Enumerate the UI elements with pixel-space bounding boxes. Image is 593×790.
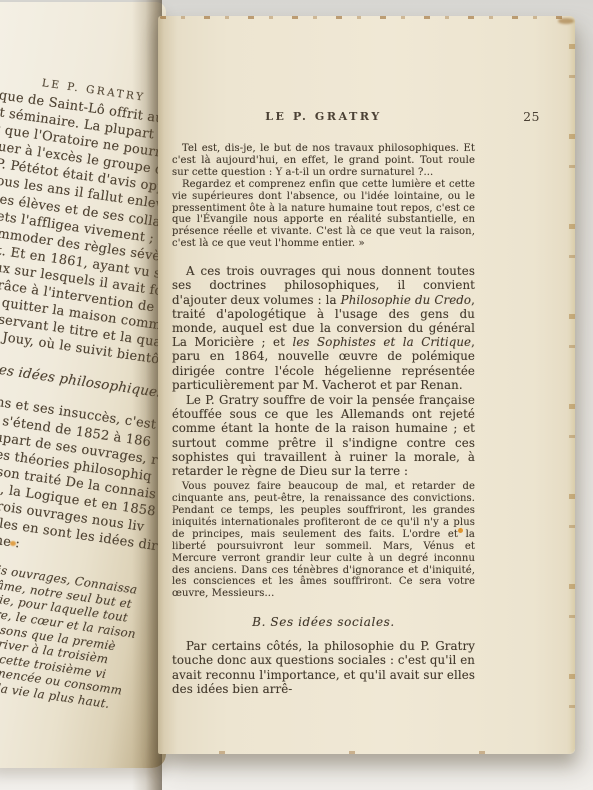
paragraph: Tel est, dis-je, le but de nos travaux p… — [172, 143, 475, 179]
page-number: 25 — [523, 109, 540, 124]
text-run: Regardez et comprenez enfin que cette lu… — [172, 179, 475, 250]
running-header-title: LE P. GRATRY — [172, 110, 475, 123]
deckle-edge-bottom — [164, 751, 564, 754]
paragraph: Vous pouvez faire beaucoup de mal, et re… — [172, 481, 475, 600]
italic-text-run: Philosophie du Credo — [341, 293, 471, 307]
body-paragraph: A ces trois ouvrages qui nous donnent to… — [172, 264, 475, 392]
text-run: Vous pouvez faire beaucoup de mal, et re… — [172, 481, 475, 599]
italic-text-run: B. Ses idées sociales. — [252, 615, 395, 629]
body-paragraph: Le P. Gratry souffre de voir la pensée f… — [172, 393, 475, 478]
paragraph: Regardez et comprenez enfin que cette lu… — [172, 179, 475, 250]
right-page-text: Tel est, dis-je, le but de nos travaux p… — [172, 143, 475, 696]
foxing-spot-icon — [10, 541, 16, 546]
foxing-spot-icon — [558, 18, 574, 24]
quote-block: Tel est, dis-je, le but de nos travaux p… — [172, 143, 475, 250]
fore-edge — [569, 18, 575, 752]
text-run: Par certains côtés, la philosophie du P.… — [172, 639, 475, 696]
paragraph: Par certains côtés, la philosophie du P.… — [172, 639, 475, 696]
body-paragraph: Par certains côtés, la philosophie du P.… — [172, 639, 475, 696]
paragraph: A ces trois ouvrages qui nous donnent to… — [172, 264, 475, 392]
book-photograph: LE P. GRATRYévêque de Saint-Lô offrit au… — [0, 0, 593, 790]
section-heading: B. Ses idées sociales. — [172, 615, 475, 629]
paragraph: Le P. Gratry souffre de voir la pensée f… — [172, 393, 475, 478]
text-run: Le P. Gratry souffre de voir la pensée f… — [172, 393, 475, 478]
running-header: LE P. GRATRY 25 — [172, 110, 540, 126]
italic-text-run: les Sophistes et la Critique — [292, 335, 471, 349]
right-page-content: LE P. GRATRY 25 Tel est, dis-je, le but … — [172, 110, 475, 697]
deckle-edge-top — [160, 16, 565, 19]
paragraph: B. Ses idées sociales. — [172, 615, 475, 629]
text-run: Tel est, dis-je, le but de nos travaux p… — [172, 143, 475, 178]
right-page: LE P. GRATRY 25 Tel est, dis-je, le but … — [158, 16, 575, 754]
quote-block: Vous pouvez faire beaucoup de mal, et re… — [172, 481, 475, 600]
